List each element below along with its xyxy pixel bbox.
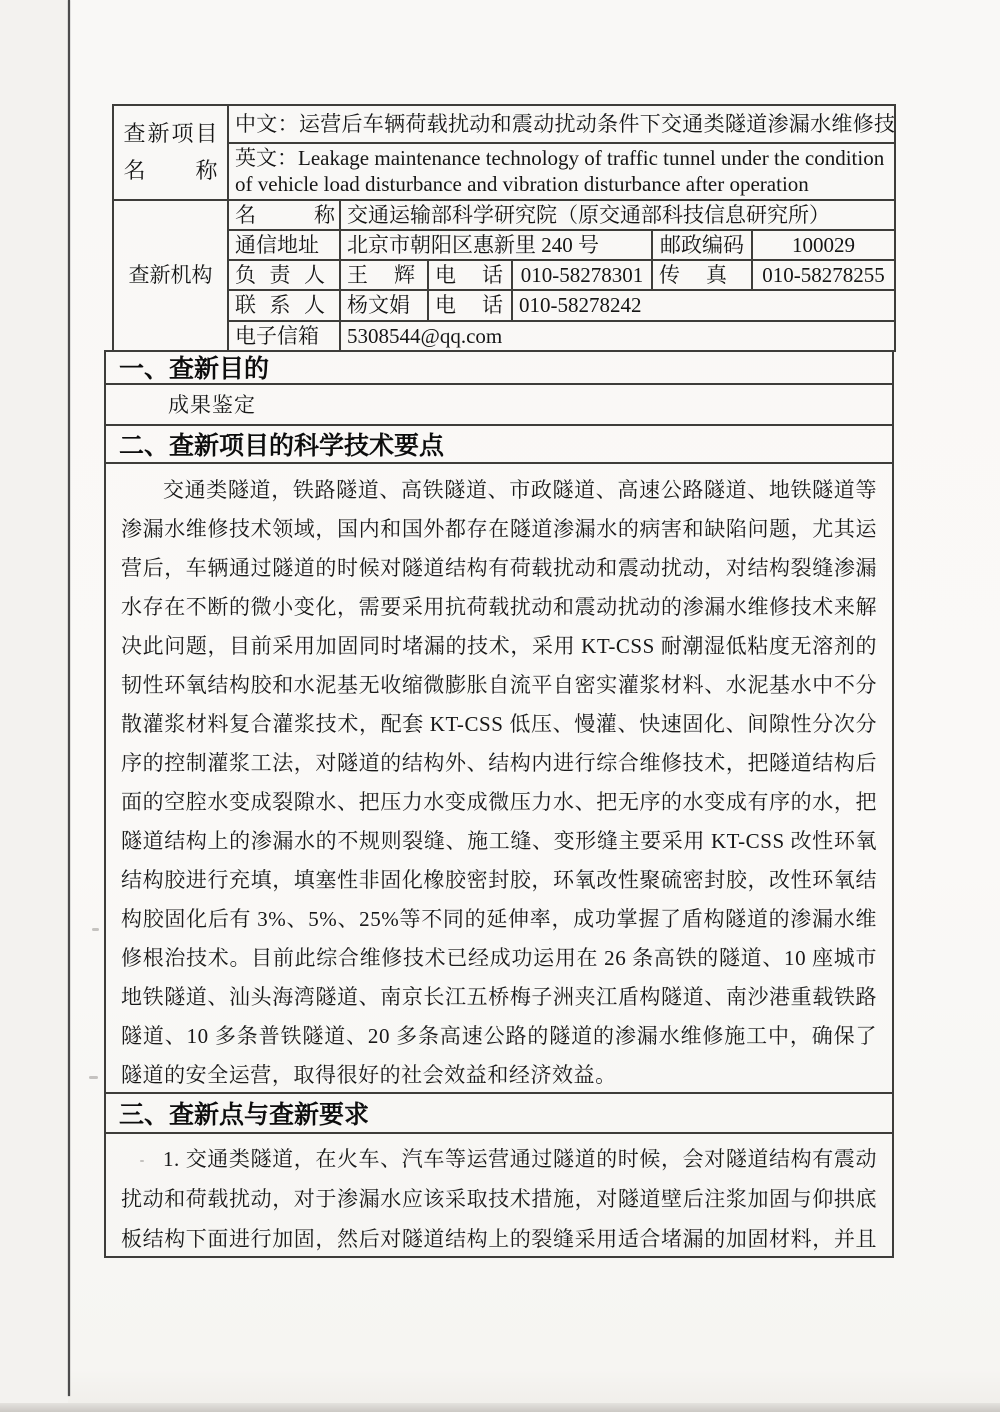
principal-value-cell: 王辉 [340,260,428,290]
agency-name-label: 名称 [235,202,335,228]
contact-label: 联系人 [235,292,325,318]
cn-title: 运营后车辆荷载扰动和震动扰动条件下交通类隧道渗漏水维修技术 [299,112,895,136]
email-value: 5308544@qq.com [340,321,895,351]
section-1-body: 成果鉴定 [104,383,894,426]
page-edge-scan-line [68,0,70,1396]
postcode-label: 邮政编码 [652,230,752,260]
email-label: 电子信箱 [235,324,319,348]
phone1-value: 010-58278301 [512,260,652,290]
project-title-cn-cell: 中文：运营后车辆荷载扰动和震动扰动条件下交通类隧道渗漏水维修技术 [228,105,895,143]
en-title: Leakage maintenance technology of traffi… [235,146,884,196]
cn-label: 中文： [235,112,299,136]
project-name-label-bottom: 名称 [124,152,218,189]
fax-value: 010-58278255 [752,260,895,290]
scanned-document-page: 查新项目 名称 中文：运营后车辆荷载扰动和震动扰动条件下交通类隧道渗漏水维修技术… [0,0,1000,1412]
section-3-paragraph: 1. 交通类隧道，在火车、汽车等运营通过隧道的时候，会对隧道结构有震动扰动和荷载… [121,1139,877,1258]
principal-value: 王辉 [347,262,415,288]
address-label: 通信地址 [235,233,319,257]
section-2-body: 交通类隧道，铁路隧道、高铁隧道、市政隧道、高速公路隧道、地铁隧道等渗漏水维修技术… [104,462,894,1094]
principal-label: 负责人 [235,262,325,288]
section-2-paragraph: 交通类隧道，铁路隧道、高铁隧道、市政隧道、高速公路隧道、地铁隧道等渗漏水维修技术… [121,471,877,1094]
contact-value-cell: 杨文娟 [340,290,428,320]
email-label-cell: 电子信箱 [228,321,340,351]
phone2-label: 电话 [435,292,503,318]
scan-speck [89,1076,98,1079]
address-value: 北京市朝阳区惠新里 240 号 [340,230,652,260]
project-name-label-top: 查新项目 [124,115,218,152]
project-title-en-cell: 英文：Leakage maintenance technology of tra… [228,143,895,200]
agency-row-header: 查新机构 [113,200,228,351]
info-table-wrap: 查新项目 名称 中文：运营后车辆荷载扰动和震动扰动条件下交通类隧道渗漏水维修技术… [112,104,894,352]
project-name-row-header: 查新项目 名称 [113,105,228,200]
contact-value: 杨文娟 [347,293,410,317]
contact-label-cell: 联系人 [228,290,340,320]
agency-name-value: 交通运输部科学研究院（原交通部科技信息研究所） [340,200,895,230]
fax-label-cell: 传真 [652,260,752,290]
fax-label: 传真 [659,262,727,288]
agency-name-label-cell: 名称 [228,200,340,230]
postcode-value: 100029 [752,230,895,260]
section-2-heading: 二、查新项目的科学技术要点 [104,424,894,464]
page-left-margin [0,0,68,1412]
phone1-label: 电话 [435,262,503,288]
section-3-body: 1. 交通类隧道，在火车、汽车等运营通过隧道的时候，会对隧道结构有震动扰动和荷载… [104,1132,894,1258]
section-3-heading: 三、查新点与查新要求 [104,1092,894,1134]
page-bottom-scan-band [0,1403,1000,1412]
phone2-label-cell: 电话 [428,290,512,320]
section-1-heading: 一、查新目的 [104,350,894,385]
principal-label-cell: 负责人 [228,260,340,290]
address-label-cell: 通信地址 [228,230,340,260]
en-label: 英文： [235,146,298,170]
phone2-value: 010-58278242 [512,290,895,320]
project-info-table: 查新项目 名称 中文：运营后车辆荷载扰动和震动扰动条件下交通类隧道渗漏水维修技术… [112,104,896,352]
phone1-label-cell: 电话 [428,260,512,290]
scan-speck [92,928,99,931]
document-content: 查新项目 名称 中文：运营后车辆荷载扰动和震动扰动条件下交通类隧道渗漏水维修技术… [104,104,894,1258]
